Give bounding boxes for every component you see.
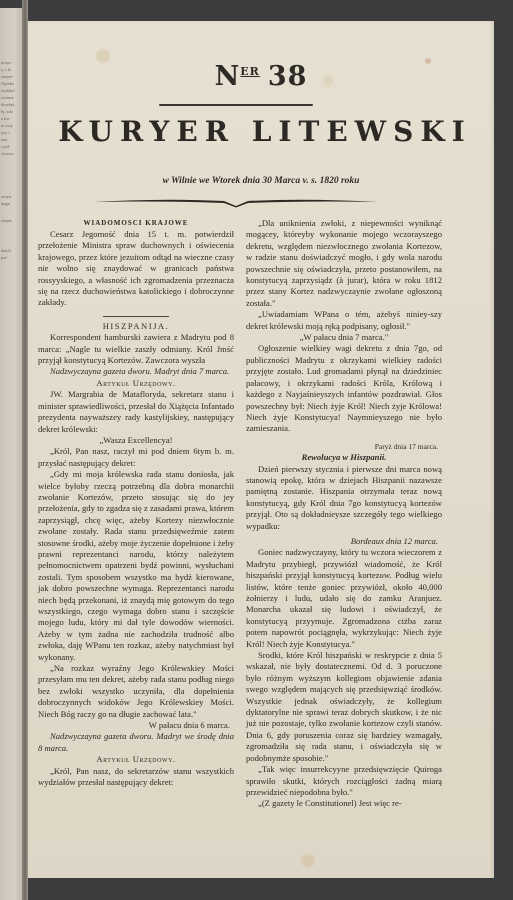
facing-page-text: dzich [1, 248, 11, 255]
notice-paragraph: „Uwiadamiam WPana o tém, ażebyś niniey-s… [246, 309, 442, 332]
facing-page-text: acy i [1, 130, 10, 137]
right-column: „Dla uniknienia zwłoki, z niepewności wy… [246, 218, 442, 810]
issue-number-value: 38 [268, 61, 308, 92]
facing-page-text: urzęc- [1, 60, 12, 67]
facing-page-text: ciozsia [1, 151, 14, 158]
facing-page-text: ły, zdo [1, 109, 13, 116]
gazette-dateline-1: Nadzwyczayna gazeta dworu. Madryt dnia 7… [38, 366, 234, 377]
paris-dateline: Paryż dnia 17 marca. [246, 441, 442, 452]
ornament-rule-icon [94, 197, 378, 209]
insurrection-paragraph: „Tak więc insurrekcyyne przedsięwzięcie … [246, 764, 442, 798]
bordeaux-paragraph: Goniec nadzwyczayny, który tu wczora wie… [246, 547, 442, 650]
spain-intro-paragraph: Korrespondent hamburski zawiera z Madryt… [38, 332, 234, 366]
facing-page-text: a kw [1, 116, 10, 123]
signature-line-2: „W pałacu dnia 7 marca." [246, 332, 442, 343]
facing-page-text: i pol- [1, 144, 11, 151]
royal-order-paragraph: „Na rozkaz wyraźny Jego Królewskiey Mośc… [38, 663, 234, 720]
section-heading-domestic: WIADOMOSCI KRAJOWE [38, 218, 234, 229]
bordeaux-dateline: Bordeaux dnia 12 marca. [246, 536, 442, 547]
section-heading-spain: HISZPANIJA. [38, 321, 234, 332]
decree-2-paragraph: „Dla uniknienia zwłoki, z niepewności wy… [246, 218, 442, 309]
measures-paragraph: Srodki, które Król hiszpański w reskrypc… [246, 650, 442, 764]
facing-page-text: y, i ło [1, 67, 11, 74]
issue-prefix: N [215, 61, 241, 92]
facing-page-fragment: urzęc- y, i ło empre- Opieka rzykład oss… [0, 8, 24, 900]
section-divider [103, 316, 169, 317]
revolution-paragraph: Dzień pierwszy stycznia i pierwsze dni m… [246, 464, 442, 532]
signature-line-1: W pałacu dnia 6 marca. [38, 720, 234, 731]
article-2-intro: „Król, Pan nasz, do sekretarzów stanu ws… [38, 766, 234, 789]
issue-superscript: ER [240, 65, 260, 78]
facing-page-text: ossima [1, 95, 14, 102]
official-article-heading-1: Artykuł Urzędowy. [38, 378, 234, 389]
official-article-heading-2: Artykuł Urzędowy. [38, 754, 234, 765]
domestic-news-paragraph: Cesarz Jegomość dnia 15 t. m. potwierdzi… [38, 229, 234, 309]
closing-paragraph: „(Z gazety le Constitutionel) Jest więc … [246, 798, 442, 809]
gazette-dateline-2: Nadzwyczayna gazeta dworu. Madryt we śro… [38, 731, 234, 754]
facing-page-text: ie trzą- [1, 123, 14, 130]
facing-page-text: per- [1, 255, 8, 262]
facing-page-text: rzykład [1, 88, 15, 95]
left-column: WIADOMOSCI KRAJOWE Cesarz Jegomość dnia … [38, 218, 234, 789]
revolution-heading: Rewolucya w Hiszpanii. [246, 452, 442, 463]
royal-decree-paragraph: „Gdy mi moja królewska rada stanu donios… [38, 469, 234, 663]
issue-number: NER38 [28, 61, 494, 92]
dateline: w Wilnie we Wtorek dnia 30 Marca v. s. 1… [28, 176, 494, 186]
salutation: „Wasza Excellencya! [38, 435, 234, 446]
article-1-intro: JW. Margrabia de Matafloryda, sekretarz … [38, 389, 234, 435]
facing-page-text: dowład [1, 102, 14, 109]
facing-page-text: orzyn [1, 194, 11, 201]
facing-page-text: eny [1, 137, 8, 144]
scan-background-bottom [28, 878, 494, 900]
king-intro-paragraph: „Król, Pan nasz, raczył mi pod dniem 6ty… [38, 446, 234, 469]
masthead-rule [159, 104, 313, 106]
newspaper-title: KURYER LITEWSKI [28, 115, 494, 148]
facing-page-text: rzepit. [1, 218, 12, 225]
announcement-paragraph: Ogłoszenie wielkiey wagi dekretu z dnia … [246, 343, 442, 434]
facing-page-text: empre- [1, 74, 14, 81]
newspaper-page: NER38 KURYER LITEWSKI w Wilnie we Wtorek… [28, 21, 494, 900]
facing-page-text: Opieka [1, 81, 14, 88]
facing-page-text: ungo [1, 201, 10, 208]
